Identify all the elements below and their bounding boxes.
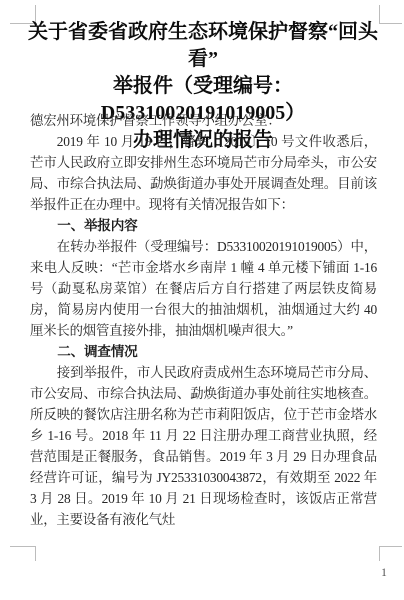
document-title-line-1: 关于省委省政府生态环境保护督察“回头看” [16,19,390,73]
document-page: 关于省委省政府生态环境保护督察“回头看” 举报件（受理编号：D533100201… [0,0,404,600]
page-number: 1 [377,567,391,579]
margin-crop-mark-bottom-left [10,546,36,561]
document-body: 德宏州环境保护督察工作领导小组办公室： 2019 年 10 月 19 日，督转〔… [30,110,377,530]
investigation-paragraph: 接到举报件，市人民政府责成州生态环境局芒市分局、市公安局、市综合执法局、勐焕街道… [30,362,377,530]
salutation-line: 德宏州环境保护督察工作领导小组办公室： [30,110,377,131]
section-heading-2: 二、调查情况 [30,341,377,362]
report-content-paragraph: 在转办举报件（受理编号：D53310020191019005）中，来电人反映：“… [30,236,377,341]
section-heading-1: 一、举报内容 [30,215,377,236]
intro-paragraph: 2019 年 10 月 19 日，督转〔2019〕10 号文件收悉后，芒市人民政… [30,131,377,215]
margin-crop-mark-bottom-right [379,546,402,561]
